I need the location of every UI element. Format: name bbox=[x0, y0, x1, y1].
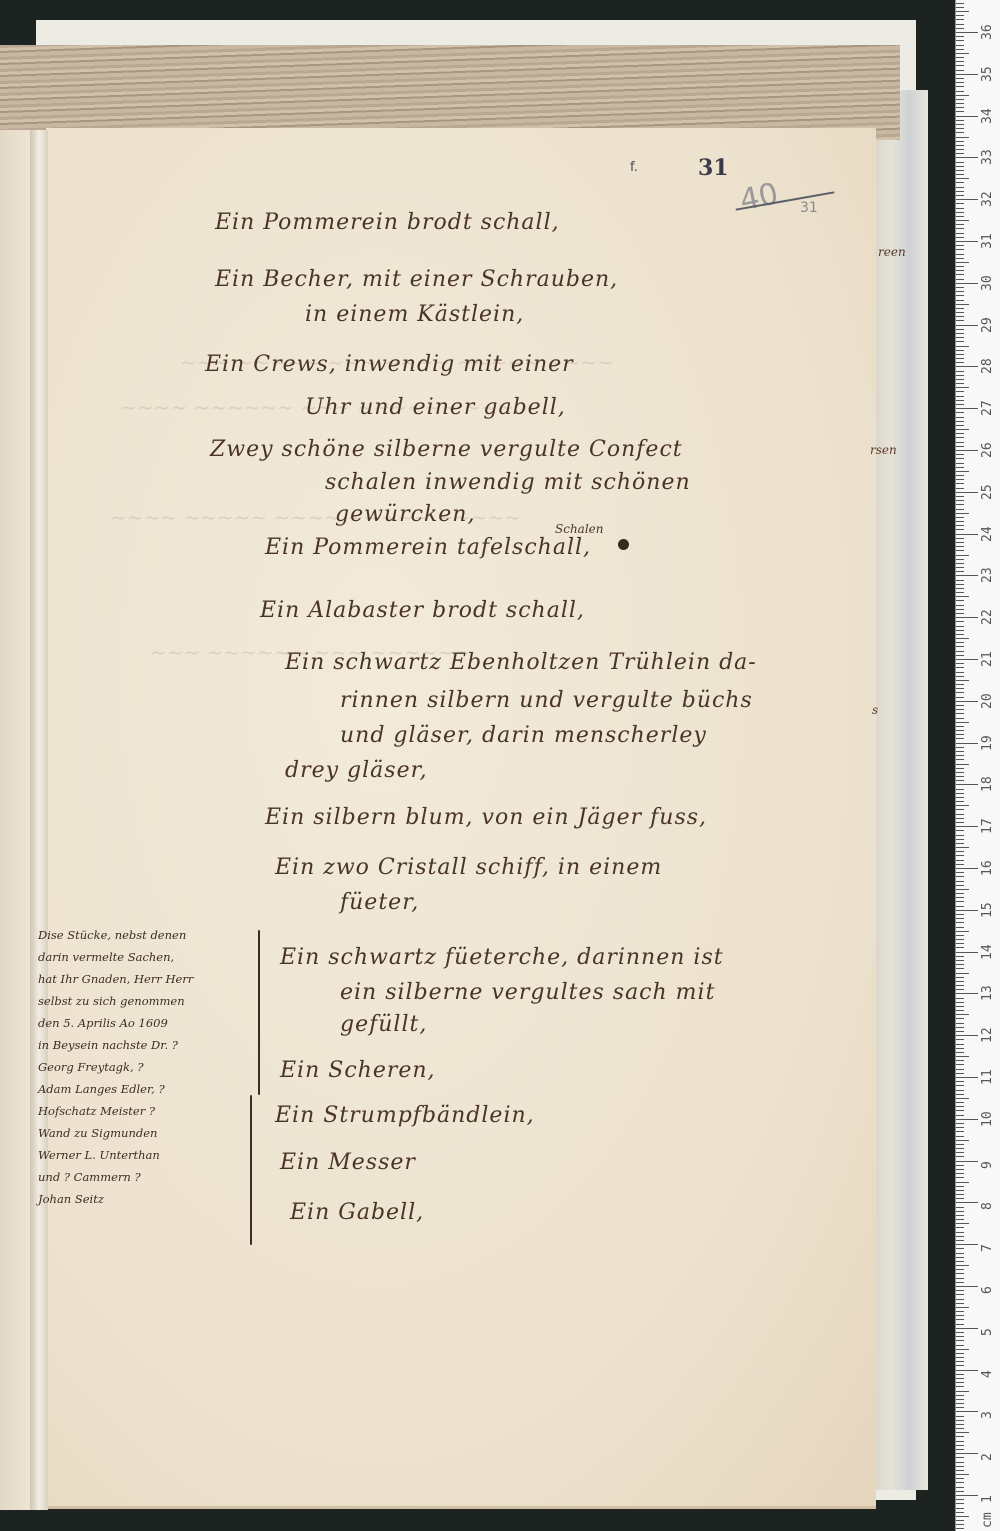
ruler-tick bbox=[956, 1115, 964, 1116]
ruler-tick bbox=[956, 162, 964, 163]
entry-line: Ein schwartz füeterche, darinnen ist bbox=[280, 945, 724, 970]
ruler-tick bbox=[956, 1474, 969, 1475]
ruler-tick bbox=[956, 137, 969, 138]
ruler-tick bbox=[956, 191, 964, 192]
ruler-tick bbox=[956, 797, 964, 798]
ruler-tick bbox=[956, 86, 964, 87]
ruler-tick bbox=[956, 329, 964, 330]
ruler-tick bbox=[956, 270, 964, 271]
ruler-label: 12 bbox=[980, 1028, 995, 1044]
edge-fragment: s bbox=[872, 703, 878, 717]
ruler-tick bbox=[956, 103, 964, 104]
ruler-tick bbox=[956, 864, 964, 865]
ruler-tick bbox=[956, 1378, 964, 1379]
ruler-tick bbox=[956, 584, 964, 585]
ruler-tick bbox=[956, 1416, 964, 1417]
margin-note-line: in Beysein nachste Dr. ? bbox=[38, 1038, 178, 1052]
ruler-tick bbox=[956, 1094, 964, 1095]
ruler-tick bbox=[956, 1244, 978, 1245]
ruler-tick bbox=[956, 1261, 964, 1262]
ruler-tick bbox=[956, 1345, 964, 1346]
ruler-tick bbox=[956, 1044, 964, 1045]
ruler-tick bbox=[956, 1257, 964, 1258]
ruler-tick bbox=[956, 1319, 964, 1320]
ruler-label: 28 bbox=[980, 359, 995, 375]
ruler-tick bbox=[956, 379, 964, 380]
ruler-tick bbox=[956, 120, 964, 121]
ruler-tick bbox=[956, 433, 964, 434]
ruler-tick bbox=[956, 701, 978, 702]
ruler-tick bbox=[956, 1102, 964, 1103]
ruler-tick bbox=[956, 922, 964, 923]
entry-line: schalen inwendig mit schönen bbox=[325, 470, 691, 495]
ruler-tick bbox=[956, 897, 964, 898]
ruler-tick bbox=[956, 1282, 964, 1283]
ruler-tick bbox=[956, 40, 964, 41]
ruler-tick bbox=[956, 1119, 978, 1120]
ruler-label: 7 bbox=[980, 1244, 995, 1252]
ruler-tick bbox=[956, 822, 964, 823]
entry-line: Ein schwartz Ebenholtzen Trühlein da- bbox=[285, 650, 757, 675]
ruler-tick bbox=[956, 1161, 978, 1162]
ruler-label: 6 bbox=[980, 1286, 995, 1294]
book-gutter bbox=[30, 130, 48, 1510]
ruler-tick bbox=[956, 1064, 964, 1065]
ruler-tick bbox=[956, 1315, 964, 1316]
ruler-tick bbox=[956, 1307, 969, 1308]
ruler-tick bbox=[956, 1048, 964, 1049]
ruler-tick bbox=[956, 1432, 969, 1433]
ruler-tick bbox=[956, 1332, 964, 1333]
ruler-tick bbox=[956, 764, 969, 765]
ruler-tick bbox=[956, 174, 964, 175]
ruler-tick bbox=[956, 1273, 964, 1274]
ruler-tick bbox=[956, 843, 964, 844]
ruler-tick bbox=[956, 855, 964, 856]
entry-line: gewürcken, bbox=[335, 502, 475, 527]
margin-note-line: Georg Freytagk, ? bbox=[38, 1060, 144, 1074]
ruler-tick bbox=[956, 337, 964, 338]
ruler-tick bbox=[956, 655, 964, 656]
ruler-tick bbox=[956, 881, 964, 882]
ruler-tick bbox=[956, 153, 964, 154]
ruler-tick bbox=[956, 1253, 964, 1254]
margin-note-line: Werner L. Unterthan bbox=[38, 1148, 160, 1162]
ruler-tick bbox=[956, 1512, 964, 1513]
ruler-tick bbox=[956, 705, 964, 706]
ruler-tick bbox=[956, 111, 964, 112]
ruler-tick bbox=[956, 3, 964, 4]
ruler-tick bbox=[956, 7, 964, 8]
ruler-label: 31 bbox=[980, 233, 995, 249]
ruler-tick bbox=[956, 1182, 969, 1183]
ruler-tick bbox=[956, 1236, 964, 1237]
ruler-tick bbox=[956, 308, 964, 309]
ruler-label: 13 bbox=[980, 986, 995, 1002]
ruler-tick bbox=[956, 542, 964, 543]
ruler-tick bbox=[956, 621, 964, 622]
ruler-tick bbox=[956, 575, 978, 576]
entry-line: Ein Pommerein brodt schall, bbox=[215, 210, 560, 235]
ruler-tick bbox=[956, 1177, 964, 1178]
ruler-tick bbox=[956, 82, 964, 83]
ruler-tick bbox=[956, 918, 964, 919]
ruler-tick bbox=[956, 1173, 964, 1174]
ruler-tick bbox=[956, 1090, 964, 1091]
ruler-tick bbox=[956, 981, 964, 982]
ruler-tick bbox=[956, 605, 964, 606]
ruler-tick bbox=[956, 333, 964, 334]
ruler-tick bbox=[956, 132, 964, 133]
entry-line: Ein Messer bbox=[280, 1150, 416, 1175]
ruler-tick bbox=[956, 1148, 964, 1149]
ruler-tick bbox=[956, 1399, 964, 1400]
ruler-tick bbox=[956, 914, 964, 915]
ruler-tick bbox=[956, 1169, 964, 1170]
ruler-tick bbox=[956, 216, 964, 217]
margin-note-line: hat Ihr Gnaden, Herr Herr bbox=[38, 972, 193, 986]
ruler-tick bbox=[956, 1127, 964, 1128]
ruler-tick bbox=[956, 237, 964, 238]
ruler-tick bbox=[956, 375, 964, 376]
ruler-tick bbox=[956, 977, 964, 978]
ruler-tick bbox=[956, 538, 964, 539]
entry-line: in einem Kästlein, bbox=[305, 302, 524, 327]
ruler-tick bbox=[956, 906, 964, 907]
ruler-tick bbox=[956, 1060, 964, 1061]
ruler-tick bbox=[956, 1023, 964, 1024]
ruler-tick bbox=[956, 592, 964, 593]
ruler-label: 17 bbox=[980, 819, 995, 835]
ruler-tick bbox=[956, 638, 969, 639]
ruler-tick bbox=[956, 1039, 964, 1040]
ruler-tick bbox=[956, 1508, 964, 1509]
ruler-label: 18 bbox=[980, 777, 995, 793]
ruler-label: 9 bbox=[980, 1161, 995, 1169]
ruler-tick bbox=[956, 939, 964, 940]
margin-note-line: Johan Seitz bbox=[38, 1192, 104, 1206]
ruler-tick bbox=[956, 249, 964, 250]
ruler-tick bbox=[956, 304, 969, 305]
ruler-label: 1 bbox=[980, 1495, 995, 1503]
ruler-tick bbox=[956, 1382, 964, 1383]
ruler-tick bbox=[956, 1190, 964, 1191]
ruler-tick bbox=[956, 780, 964, 781]
ruler-tick bbox=[956, 404, 964, 405]
ruler-tick bbox=[956, 860, 964, 861]
ruler-tick bbox=[956, 956, 964, 957]
ruler-tick bbox=[956, 492, 978, 493]
ruler-tick bbox=[956, 784, 978, 785]
ruler-tick bbox=[956, 325, 978, 326]
ruler-tick bbox=[956, 1077, 978, 1078]
ruler-tick bbox=[956, 362, 964, 363]
ruler-tick bbox=[956, 1370, 978, 1371]
ruler-tick bbox=[956, 245, 964, 246]
ruler-tick bbox=[956, 730, 964, 731]
ruler-tick bbox=[956, 157, 978, 158]
ruler-tick bbox=[956, 801, 964, 802]
book-top-edge bbox=[0, 45, 900, 140]
ruler-tick bbox=[956, 692, 964, 693]
ruler-tick bbox=[956, 1324, 964, 1325]
ruler-tick bbox=[956, 580, 964, 581]
ruler-tick bbox=[956, 509, 964, 510]
ruler-tick bbox=[956, 483, 964, 484]
ruler-tick bbox=[956, 421, 964, 422]
ruler-tick bbox=[956, 738, 964, 739]
ruler-unit-label: cm bbox=[980, 1512, 995, 1528]
ruler-tick bbox=[956, 513, 969, 514]
ruler-tick bbox=[956, 826, 978, 827]
ruler-tick bbox=[956, 312, 964, 313]
ruler-tick bbox=[956, 274, 964, 275]
ruler-tick bbox=[956, 776, 964, 777]
ruler-label: 35 bbox=[980, 66, 995, 82]
ruler-tick bbox=[956, 36, 964, 37]
ruler-tick bbox=[956, 320, 964, 321]
ruler-tick bbox=[956, 768, 964, 769]
ruler-tick bbox=[956, 95, 969, 96]
ruler-tick bbox=[956, 1520, 964, 1521]
ruler-tick bbox=[956, 262, 969, 263]
ruler-tick bbox=[956, 1290, 964, 1291]
ruler-tick bbox=[956, 1336, 964, 1337]
ruler-tick bbox=[956, 910, 978, 911]
ruler-tick bbox=[956, 555, 969, 556]
ruler-tick bbox=[956, 91, 964, 92]
ruler-tick bbox=[956, 471, 969, 472]
ruler-tick bbox=[956, 124, 964, 125]
ruler-tick bbox=[956, 709, 964, 710]
ruler-tick bbox=[956, 1528, 964, 1529]
ruler-label: 29 bbox=[980, 317, 995, 333]
ruler-tick bbox=[956, 78, 964, 79]
ruler-label: 34 bbox=[980, 108, 995, 124]
ruler-tick bbox=[956, 642, 964, 643]
ruler-tick bbox=[956, 1453, 978, 1454]
ruler-tick bbox=[956, 417, 964, 418]
ruler-tick bbox=[956, 839, 964, 840]
ruler-tick bbox=[956, 1328, 978, 1329]
ruler-tick bbox=[956, 1144, 964, 1145]
ruler-tick bbox=[956, 475, 964, 476]
ruler-tick bbox=[956, 187, 964, 188]
ruler-tick bbox=[956, 830, 964, 831]
ruler-tick bbox=[956, 726, 964, 727]
ruler-tick bbox=[956, 596, 969, 597]
ruler-tick bbox=[956, 203, 964, 204]
ruler-tick bbox=[956, 371, 964, 372]
ruler-tick bbox=[956, 412, 964, 413]
ruler-tick bbox=[956, 529, 964, 530]
ruler-tick bbox=[956, 835, 964, 836]
ruler-tick bbox=[956, 1269, 964, 1270]
ruler-tick bbox=[956, 1136, 964, 1137]
ruler-tick bbox=[956, 24, 964, 25]
ruler-tick bbox=[956, 70, 964, 71]
ruler-tick bbox=[956, 1085, 964, 1086]
ruler-tick bbox=[956, 383, 964, 384]
ruler-tick bbox=[956, 358, 964, 359]
entry-line: und gläser, darin menscherley bbox=[340, 723, 707, 748]
ruler-label: 20 bbox=[980, 693, 995, 709]
ruler-tick bbox=[956, 283, 978, 284]
ink-blot bbox=[618, 539, 629, 550]
ruler-tick bbox=[956, 32, 978, 33]
ruler-tick bbox=[956, 1424, 964, 1425]
ruler-tick bbox=[956, 517, 964, 518]
ruler-tick bbox=[956, 998, 964, 999]
ruler-tick bbox=[956, 1131, 964, 1132]
ruler-tick bbox=[956, 563, 964, 564]
ruler-tick bbox=[956, 1152, 964, 1153]
ruler-tick bbox=[956, 1110, 964, 1111]
ruler-tick bbox=[956, 295, 964, 296]
ruler-tick bbox=[956, 1031, 964, 1032]
entry-line: Zwey schöne silberne vergulte Confect bbox=[210, 437, 683, 462]
ruler-tick bbox=[956, 1386, 964, 1387]
margin-note-line: den 5. Aprilis Ao 1609 bbox=[38, 1016, 168, 1030]
ruler-tick bbox=[956, 747, 964, 748]
ruler-tick bbox=[956, 659, 978, 660]
ruler-tick bbox=[956, 1407, 964, 1408]
ruler-tick bbox=[956, 1215, 964, 1216]
ruler-tick bbox=[956, 1227, 964, 1228]
ruler-tick bbox=[956, 927, 964, 928]
ruler-tick bbox=[956, 851, 964, 852]
ruler-tick bbox=[956, 989, 964, 990]
ruler-tick bbox=[956, 1516, 969, 1517]
ruler-label: 33 bbox=[980, 150, 995, 166]
ruler-tick bbox=[956, 11, 969, 12]
ruler-tick bbox=[956, 53, 969, 54]
ruler-tick bbox=[956, 208, 964, 209]
ruler-tick bbox=[956, 1056, 969, 1057]
ruler-tick bbox=[956, 680, 969, 681]
margin-bracket bbox=[250, 1095, 252, 1245]
ruler-tick bbox=[956, 1524, 964, 1525]
ruler-tick bbox=[956, 496, 964, 497]
margin-note-line: selbst zu sich genommen bbox=[38, 994, 185, 1008]
ruler-tick bbox=[956, 1503, 964, 1504]
entry-line: ein silberne vergultes sach mit bbox=[340, 980, 715, 1005]
ruler-tick bbox=[956, 145, 964, 146]
ruler-tick bbox=[956, 1441, 964, 1442]
ruler-label: 26 bbox=[980, 442, 995, 458]
entry-line: gefüllt, bbox=[340, 1012, 427, 1037]
entry-line: Ein silbern blum, von ein Jäger fuss, bbox=[265, 805, 707, 830]
ruler-tick bbox=[956, 1165, 964, 1166]
ruler-tick bbox=[956, 1140, 969, 1141]
ruler-tick bbox=[956, 1014, 969, 1015]
ruler-tick bbox=[956, 1294, 964, 1295]
ruler-tick bbox=[956, 99, 964, 100]
ruler-tick bbox=[956, 1186, 964, 1187]
ruler-tick bbox=[956, 646, 964, 647]
entry-line: Ein Strumpfbändlein, bbox=[275, 1103, 535, 1128]
ruler-label: 36 bbox=[980, 24, 995, 40]
ruler-tick bbox=[956, 793, 964, 794]
ruler-tick bbox=[956, 429, 969, 430]
ruler-tick bbox=[956, 1466, 964, 1467]
ruler-tick bbox=[956, 1035, 978, 1036]
ruler-tick bbox=[956, 1207, 964, 1208]
ruler-tick bbox=[956, 178, 969, 179]
ruler-tick bbox=[956, 1491, 964, 1492]
margin-note-line: Dise Stücke, nebst denen bbox=[38, 928, 186, 942]
ruler-tick bbox=[956, 128, 964, 129]
ruler-tick bbox=[956, 1462, 964, 1463]
ruler-tick bbox=[956, 1194, 964, 1195]
ruler-label: 30 bbox=[980, 275, 995, 291]
ruler-tick bbox=[956, 396, 964, 397]
ruler-tick bbox=[956, 1403, 964, 1404]
ruler-tick bbox=[956, 15, 964, 16]
margin-note-line: Wand zu Sigmunden bbox=[38, 1126, 157, 1140]
ruler-tick bbox=[956, 935, 964, 936]
ruler-tick bbox=[956, 876, 964, 877]
ruler-tick bbox=[956, 107, 964, 108]
ruler-tick bbox=[956, 354, 964, 355]
ruler-tick bbox=[956, 141, 964, 142]
ruler-tick bbox=[956, 943, 964, 944]
ruler-tick bbox=[956, 316, 964, 317]
ruler-tick bbox=[956, 57, 964, 58]
ruler-tick bbox=[956, 889, 969, 890]
ruler-tick bbox=[956, 759, 964, 760]
ruler-tick bbox=[956, 885, 964, 886]
ruler-tick bbox=[956, 1198, 964, 1199]
ruler-tick bbox=[956, 868, 978, 869]
ruler-tick bbox=[956, 425, 964, 426]
ruler-tick bbox=[956, 266, 964, 267]
margin-note-line: Adam Langes Edler, ? bbox=[38, 1082, 165, 1096]
ruler-tick bbox=[956, 667, 964, 668]
ruler-label: 2 bbox=[980, 1453, 995, 1461]
ruler-tick bbox=[956, 1340, 964, 1341]
ruler-tick bbox=[956, 872, 964, 873]
ruler-tick bbox=[956, 1487, 964, 1488]
ruler-label: 16 bbox=[980, 860, 995, 876]
entry-line: Ein Gabell, bbox=[290, 1200, 424, 1225]
ruler-tick bbox=[956, 617, 978, 618]
ruler-tick bbox=[956, 697, 964, 698]
ruler-label: 27 bbox=[980, 401, 995, 417]
ruler-tick bbox=[956, 220, 969, 221]
ruler-tick bbox=[956, 684, 964, 685]
ruler-tick bbox=[956, 19, 964, 20]
ruler-tick bbox=[956, 224, 964, 225]
old-folio-sub: 31 bbox=[800, 200, 818, 216]
ruler-tick bbox=[956, 1073, 964, 1074]
folio-number: 31 bbox=[698, 155, 729, 181]
ruler-tick bbox=[956, 479, 964, 480]
ruler-tick bbox=[956, 559, 964, 560]
entry-line: Ein Scheren, bbox=[280, 1058, 436, 1083]
ruler-tick bbox=[956, 1265, 969, 1266]
entry-line: Ein Becher, mit einer Schrauben, bbox=[215, 267, 618, 292]
entry-line: Uhr und einer gabell, bbox=[305, 395, 566, 420]
ruler-tick bbox=[956, 525, 964, 526]
ruler-tick bbox=[956, 28, 964, 29]
ruler-label: 10 bbox=[980, 1111, 995, 1127]
margin-note-line: Hofschatz Meister ? bbox=[38, 1104, 155, 1118]
ruler-tick bbox=[956, 713, 964, 714]
ruler-tick bbox=[956, 818, 964, 819]
ruler-tick bbox=[956, 1303, 964, 1304]
ruler-tick bbox=[956, 504, 964, 505]
